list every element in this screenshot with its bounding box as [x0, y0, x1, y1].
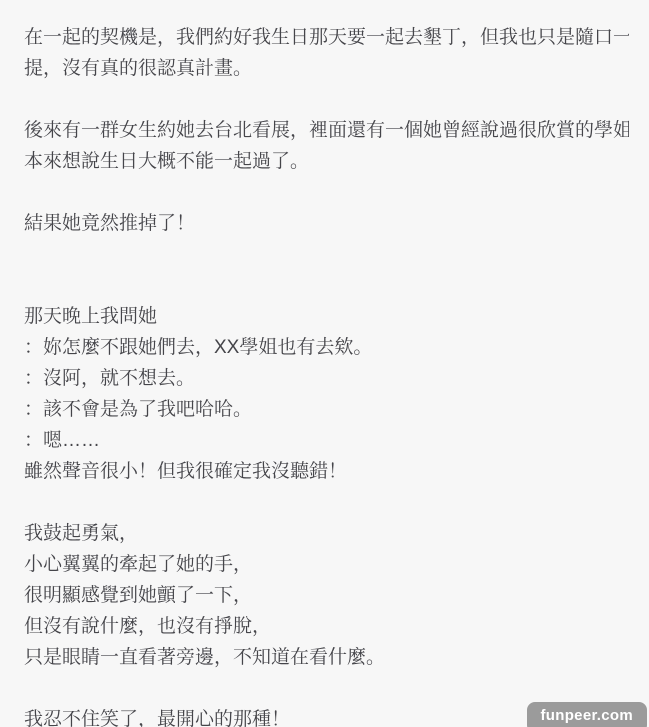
- text-line: [24, 84, 629, 115]
- text-line: 很明顯感覺到她顫了一下，: [24, 580, 629, 611]
- story-text-body: 在一起的契機是，我們約好我生日那天要一起去墾丁，但我也只是隨口一提，沒有真的很認…: [0, 0, 649, 727]
- site-watermark-badge: funpeer.com: [527, 702, 648, 727]
- text-line: 只是眼睛一直看著旁邊，不知道在看什麼。: [24, 642, 629, 673]
- text-line: 小心翼翼的牽起了她的手，: [24, 549, 629, 580]
- text-line: 我鼓起勇氣，: [24, 518, 629, 549]
- text-line: [24, 177, 629, 208]
- text-line: 但沒有說什麼，也沒有掙脫，: [24, 611, 629, 642]
- text-line: ：沒阿，就不想去。: [24, 363, 629, 394]
- text-line: [24, 239, 629, 270]
- text-line: [24, 673, 629, 704]
- text-line: 提，沒有真的很認真計畫。: [24, 53, 629, 84]
- text-line: 結果她竟然推掉了！: [24, 208, 629, 239]
- text-line: 雖然聲音很小！但我很確定我沒聽錯！: [24, 456, 629, 487]
- text-line: ：妳怎麼不跟她們去，XX學姐也有去欸。: [24, 332, 629, 363]
- text-line: ：該不會是為了我吧哈哈。: [24, 394, 629, 425]
- text-line: 本來想說生日大概不能一起過了。: [24, 146, 629, 177]
- text-line: [24, 487, 629, 518]
- text-line: [24, 270, 629, 301]
- text-line: 後來有一群女生約她去台北看展，裡面還有一個她曾經說過很欣賞的學姐，: [24, 115, 629, 146]
- text-line: ：嗯……: [24, 425, 629, 456]
- text-line: 在一起的契機是，我們約好我生日那天要一起去墾丁，但我也只是隨口一: [24, 22, 629, 53]
- text-line: 那天晚上我問她: [24, 301, 629, 332]
